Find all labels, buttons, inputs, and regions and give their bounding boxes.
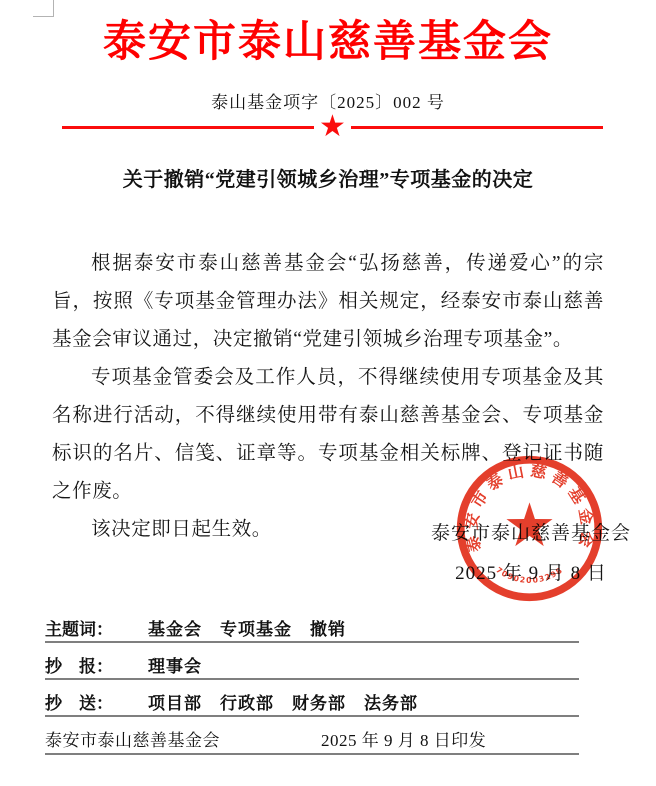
copy-report-row: 抄 报： 理事会	[45, 643, 579, 680]
body-paragraph: 专项基金管委会及工作人员，不得继续使用专项基金及其名称进行活动，不得继续使用带有…	[52, 359, 604, 511]
imprint-date: 2025 年 9 月 8 日印发	[321, 726, 486, 751]
body-paragraph: 根据泰安市泰山慈善基金会“弘扬慈善，传递爱心”的宗旨，按照《专项基金管理办法》相…	[52, 245, 604, 359]
imprint-row: 泰安市泰山慈善基金会 2025 年 9 月 8 日印发	[45, 717, 579, 755]
signature-date: 2025 年 9 月 8 日	[425, 561, 637, 587]
copy-report-label: 抄 报：	[45, 652, 148, 677]
star-icon: ★	[319, 116, 346, 138]
keywords-row: 主题词： 基金会 专项基金 撤销	[45, 606, 579, 643]
imprint-org-name: 泰安市泰山慈善基金会	[45, 726, 220, 751]
keywords-value: 基金会 专项基金 撤销	[148, 615, 346, 640]
document-meta-section: 主题词： 基金会 专项基金 撤销 抄 报： 理事会 抄 送： 项目部 行政部 财…	[45, 606, 579, 755]
official-document-page: 泰安市泰山慈善基金会 泰山基金项字〔2025〕002 号 ★ 关于撤销“党建引领…	[0, 0, 656, 786]
red-rule-right-segment	[351, 126, 603, 129]
keywords-label: 主题词：	[45, 615, 148, 640]
red-divider-rule: ★	[62, 114, 603, 140]
copy-send-row: 抄 送： 项目部 行政部 财务部 法务部	[45, 680, 579, 717]
copy-report-value: 理事会	[148, 652, 202, 677]
copy-send-label: 抄 送：	[45, 689, 148, 714]
copy-send-value: 项目部 行政部 财务部 法务部	[148, 689, 418, 714]
red-rule-left-segment	[62, 126, 314, 129]
red-header-org-title: 泰安市泰山慈善基金会	[0, 8, 656, 69]
document-body: 根据泰安市泰山慈善基金会“弘扬慈善，传递爱心”的宗旨，按照《专项基金管理办法》相…	[52, 245, 604, 549]
signature-block: 泰安市泰山慈善基金会 2025 年 9 月 8 日	[425, 520, 637, 587]
document-title: 关于撤销“党建引领城乡治理”专项基金的决定	[0, 163, 656, 192]
signature-org-name: 泰安市泰山慈善基金会	[425, 520, 637, 548]
